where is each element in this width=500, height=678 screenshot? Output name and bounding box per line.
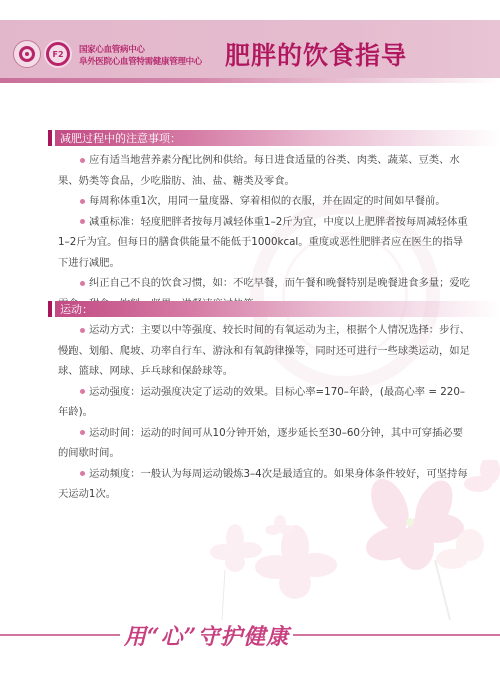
list-item: 减重标准：轻度肥胖者按每月减轻体重1–2斤为宜，中度以上肥胖者按每周减轻体重1–… xyxy=(58,212,470,274)
footer-slogan-row: 用“心”守护健康 xyxy=(0,618,500,652)
page-title: 肥胖的饮食指导 xyxy=(225,36,407,72)
divider-left xyxy=(0,634,120,636)
org-line-1: 国家心血管病中心 xyxy=(79,44,202,56)
bullet-dot-icon xyxy=(80,471,85,476)
list-item: 应有适当地营养素分配比例和供给。每日进食适量的谷类、肉类、蔬菜、豆类、水果、奶类… xyxy=(58,150,470,191)
section-heading-text: 减肥过程中的注意事项： xyxy=(55,130,500,146)
cardiovascular-center-logo-icon xyxy=(13,40,41,68)
weight-loss-notes-list: 应有适当地营养素分配比例和供给。每日进食适量的谷类、肉类、蔬菜、豆类、水果、奶类… xyxy=(58,150,470,314)
logo-group: F2 xyxy=(13,40,72,68)
bullet-dot-icon xyxy=(80,328,85,333)
list-item: 运动方式：主要以中等强度、较长时间的有氧运动为主，根据个人情况选择：步行、慢跑、… xyxy=(58,320,470,382)
bullet-dot-icon xyxy=(80,199,85,204)
list-item: 运动强度：运动强度决定了运动的效果。目标心率=170–年龄，(最高心率 = 22… xyxy=(58,382,470,423)
section-heading-exercise: 运动： xyxy=(48,301,500,317)
list-item: 运动频度：一般认为每周运动锻炼3–4次是最适宜的。如果身体条件较好，可坚持每天运… xyxy=(58,464,470,505)
bullet-dot-icon xyxy=(80,389,85,394)
section-heading-text: 运动： xyxy=(55,301,500,317)
exercise-notes-list: 运动方式：主要以中等强度、较长时间的有氧运动为主，根据个人情况选择：步行、慢跑、… xyxy=(58,320,470,505)
fuwai-hospital-logo-icon: F2 xyxy=(44,40,72,68)
list-item: 每周称体重1次，用同一量度器、穿着相似的衣服，并在固定的时间如早餐前。 xyxy=(58,191,470,212)
list-item: 运动时间：运动的时间可从10分钟开始，逐步延长至30–60分钟，其中可穿插必要的… xyxy=(58,423,470,464)
section-marker xyxy=(48,301,52,317)
bullet-dot-icon xyxy=(80,158,85,163)
bullet-dot-icon xyxy=(80,219,85,224)
bullet-dot-icon xyxy=(80,430,85,435)
divider-right xyxy=(293,634,500,636)
header-stripe xyxy=(0,78,500,83)
footer-slogan: 用“心”守护健康 xyxy=(120,620,293,651)
organization-names: 国家心血管病中心 阜外医院心血管特需健康管理中心 xyxy=(79,44,202,68)
section-marker xyxy=(48,130,52,146)
bullet-dot-icon xyxy=(80,281,85,286)
section-heading-weight-loss: 减肥过程中的注意事项： xyxy=(48,130,500,146)
org-line-2: 阜外医院心血管特需健康管理中心 xyxy=(79,56,202,68)
